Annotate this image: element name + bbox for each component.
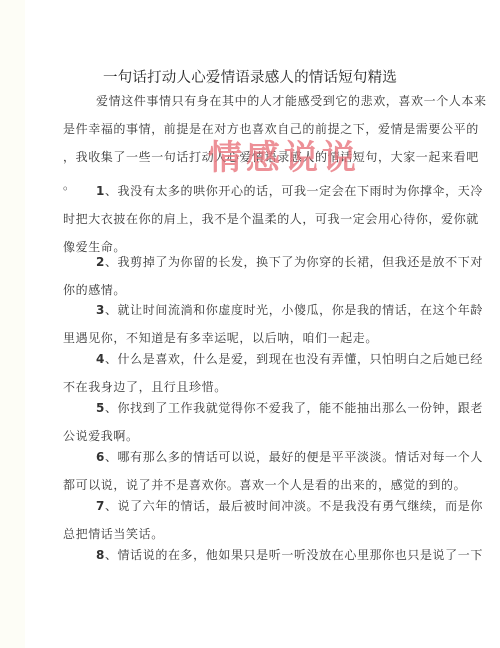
item-number: 2 [96, 255, 105, 269]
item-text: 、我剪掉了为你留的长发，换下了为你穿的长裙，但我还是放不下对 [105, 255, 483, 269]
item-text: 、我没有太多的哄你开心的话，可我一定会在下雨时为你撑伞，天冷 [105, 184, 483, 198]
item-text: 、就让时间流淌和你虚度时光，小傻瓜，你是我的情话，在这个年龄 [105, 303, 483, 317]
item-5: 5、你找到了工作我就觉得你不爱我了，能不能抽出那么一份钟，跟老 公说爱我啊。 [63, 394, 437, 450]
item-number: 4 [96, 352, 105, 366]
item-number: 6 [96, 450, 105, 464]
intro-line: ，我收集了一些一句话打动人心爱情语录感人的情话短句，大家一起来看吧 [63, 143, 437, 171]
item-text: 、哪有那么多的情话可以说，最好的便是平平淡淡。情话对每一个人 [105, 450, 483, 464]
item-text: 、你找到了工作我就觉得你不爱我了，能不能抽出那么一份钟，跟老 [105, 401, 483, 415]
item-3: 3、就让时间流淌和你虚度时光，小傻瓜，你是我的情话，在这个年龄 里遇见你，不知道… [63, 296, 437, 352]
item-8: 8、情话说的在多，他如果只是听一听没放在心里那你也只是说了一下 [63, 541, 437, 569]
item-text: 、说了六年的情话，最后被时间冲淡。不是我没有勇气继续，而是你 [105, 499, 483, 513]
item-number: 8 [96, 548, 105, 562]
item-text: 时把大衣披在你的肩上，我不是个温柔的人，可我一定会用心待你，爱你就 [63, 205, 437, 233]
item-number: 7 [96, 499, 105, 513]
item-number: 5 [96, 401, 105, 415]
item-7: 7、说了六年的情话，最后被时间冲淡。不是我没有勇气继续，而是你 总把情话当笑话。 [63, 492, 437, 548]
item-text: 、情话说的在多，他如果只是听一听没放在心里那你也只是说了一下 [105, 548, 483, 562]
document-title: 一句话打动人心爱情语录感人的情话短句精选 [0, 66, 500, 87]
intro-line: 是件幸福的事情，前提是在对方也喜欢自己的前提之下，爱情是需要公平的 [63, 115, 437, 143]
item-4: 4、什么是喜欢，什么是爱，到现在也没有弄懂，只怕明白之后她已经 不在我身边了，且… [63, 345, 437, 401]
item-6: 6、哪有那么多的情话可以说，最好的便是平平淡淡。情话对每一个人 都可以说，说了并… [63, 443, 437, 499]
document-page: 一句话打动人心爱情语录感人的情话短句精选 爱情这件事情只有身在其中的人才能感受到… [0, 0, 500, 648]
intro-line: 爱情这件事情只有身在其中的人才能感受到它的悲欢，喜欢一个人本来 [63, 87, 437, 115]
item-number: 3 [96, 303, 105, 317]
item-text: 、什么是喜欢，什么是爱，到现在也没有弄懂，只怕明白之后她已经 [105, 352, 483, 366]
item-number: 1 [96, 184, 105, 198]
